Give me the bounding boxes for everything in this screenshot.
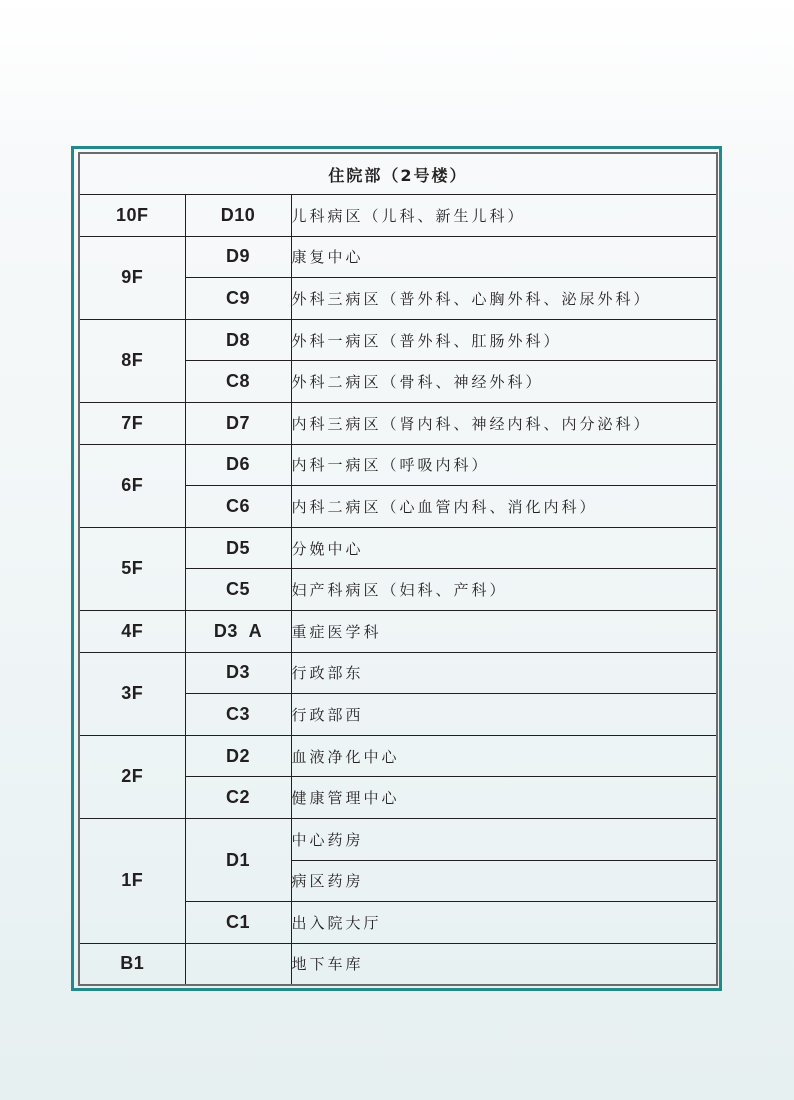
unit-code: D1 xyxy=(185,819,291,902)
department-name: 出入院大厅 xyxy=(291,902,717,944)
department-name: 重症医学科 xyxy=(291,611,717,653)
department-name: 行政部西 xyxy=(291,694,717,736)
table-row: 2F D2 血液净化中心 xyxy=(79,735,717,777)
department-name: 内科一病区（呼吸内科） xyxy=(291,444,717,486)
floor-label: 6F xyxy=(79,444,185,527)
unit-code: D3 xyxy=(185,652,291,694)
floor-directory-table: 住院部（2号楼） 10F D10 儿科病区（儿科、新生儿科） 9F D9 康复中… xyxy=(78,152,718,986)
department-name: 健康管理中心 xyxy=(291,777,717,819)
department-name: 外科一病区（普外科、肛肠外科） xyxy=(291,319,717,361)
unit-code: D9 xyxy=(185,236,291,278)
floor-label: 8F xyxy=(79,319,185,402)
unit-code: C8 xyxy=(185,361,291,403)
department-name: 行政部东 xyxy=(291,652,717,694)
table-row: 7F D7 内科三病区（肾内科、神经内科、内分泌科） xyxy=(79,403,717,445)
unit-code: D6 xyxy=(185,444,291,486)
department-name: 地下车库 xyxy=(291,943,717,985)
unit-code: D2 xyxy=(185,735,291,777)
table-row: 3F D3 行政部东 xyxy=(79,652,717,694)
table-row: 8F D8 外科一病区（普外科、肛肠外科） xyxy=(79,319,717,361)
unit-code: C5 xyxy=(185,569,291,611)
unit-code: D10 xyxy=(185,195,291,237)
table-title: 住院部（2号楼） xyxy=(79,153,717,195)
table-row: 9F D9 康复中心 xyxy=(79,236,717,278)
unit-code: D7 xyxy=(185,403,291,445)
table-row: 10F D10 儿科病区（儿科、新生儿科） xyxy=(79,195,717,237)
department-name: 康复中心 xyxy=(291,236,717,278)
department-name: 血液净化中心 xyxy=(291,735,717,777)
floor-label: 2F xyxy=(79,735,185,818)
unit-code: C2 xyxy=(185,777,291,819)
department-name: 儿科病区（儿科、新生儿科） xyxy=(291,195,717,237)
table-row: B1 地下车库 xyxy=(79,943,717,985)
department-name: 中心药房 xyxy=(291,819,717,861)
unit-code: C3 xyxy=(185,694,291,736)
unit-code: C6 xyxy=(185,486,291,528)
table-row: 4F D3 A 重症医学科 xyxy=(79,611,717,653)
floor-label: 3F xyxy=(79,652,185,735)
floor-label: 5F xyxy=(79,527,185,610)
unit-code: C9 xyxy=(185,278,291,320)
department-name: 内科三病区（肾内科、神经内科、内分泌科） xyxy=(291,403,717,445)
floor-label: B1 xyxy=(79,943,185,985)
department-name: 外科三病区（普外科、心胸外科、泌尿外科） xyxy=(291,278,717,320)
department-name: 病区药房 xyxy=(291,860,717,902)
floor-directory: 住院部（2号楼） 10F D10 儿科病区（儿科、新生儿科） 9F D9 康复中… xyxy=(78,152,716,986)
unit-code: D8 xyxy=(185,319,291,361)
unit-code: C1 xyxy=(185,902,291,944)
table-row: 1F D1 中心药房 xyxy=(79,819,717,861)
floor-label: 9F xyxy=(79,236,185,319)
floor-label: 1F xyxy=(79,819,185,944)
table-row: 6F D6 内科一病区（呼吸内科） xyxy=(79,444,717,486)
floor-label: 4F xyxy=(79,611,185,653)
floor-label: 7F xyxy=(79,403,185,445)
unit-code: D5 xyxy=(185,527,291,569)
floor-label: 10F xyxy=(79,195,185,237)
unit-code xyxy=(185,943,291,985)
title-row: 住院部（2号楼） xyxy=(79,153,717,195)
department-name: 分娩中心 xyxy=(291,527,717,569)
department-name: 内科二病区（心血管内科、消化内科） xyxy=(291,486,717,528)
department-name: 妇产科病区（妇科、产科） xyxy=(291,569,717,611)
table-row: 5F D5 分娩中心 xyxy=(79,527,717,569)
unit-code: D3 A xyxy=(185,611,291,653)
department-name: 外科二病区（骨科、神经外科） xyxy=(291,361,717,403)
